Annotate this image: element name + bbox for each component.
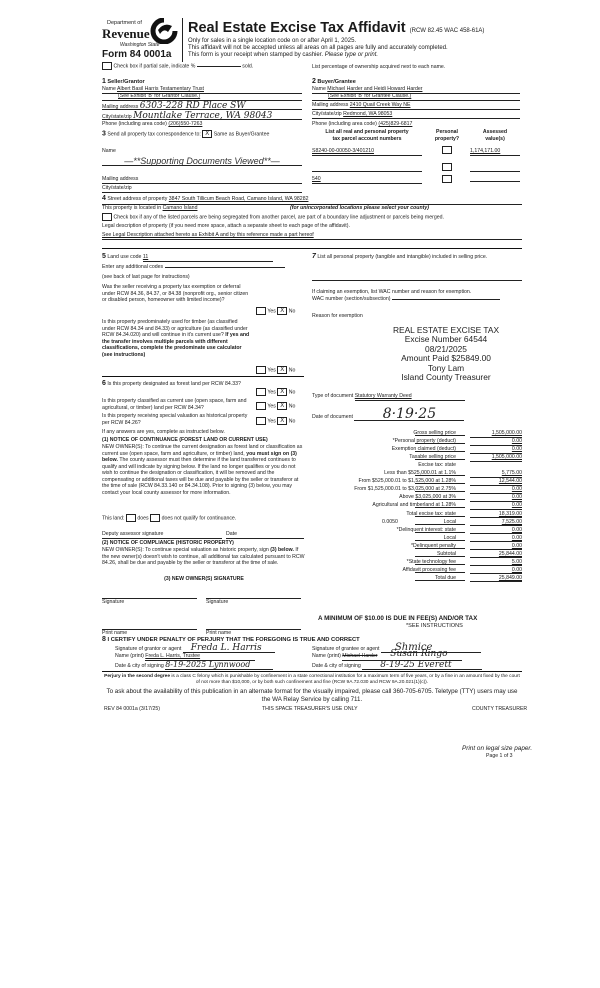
ownership-note: List percentage of ownership acquired ne…	[312, 64, 445, 71]
does-not-label: does not qualify for continuance.	[162, 515, 237, 521]
current-use-yes-no: Yes X No	[256, 402, 295, 410]
tax-row: *Delinquent interest: state0.00	[312, 527, 522, 535]
no-label: No	[289, 389, 296, 395]
tax-row-line	[415, 575, 465, 581]
tax-row-line	[415, 543, 465, 549]
doc-date-field[interactable]: 8·19·25	[354, 408, 464, 421]
seller-clause: (See Exhibit 'B' for Grantor Clause.)	[102, 93, 302, 101]
tax-row-value[interactable]: 5,775.00	[470, 470, 522, 478]
owner1-signature-field[interactable]: Signature	[102, 598, 197, 606]
perjury-bold: Perjury in the second degree	[104, 674, 170, 679]
grantor-date-city[interactable]: 8-19-2025 Lynnwood	[165, 661, 273, 670]
tax-row-value[interactable]: 5.00	[470, 559, 522, 567]
correspondence-label: Send all property tax correspondence to:	[107, 131, 200, 137]
tax-row: Local0.00507,525.00	[312, 519, 522, 527]
timber-yes-no: Yes X No	[256, 366, 295, 374]
tax-row-value[interactable]: 12,544.00	[470, 478, 522, 486]
personal-property-checkbox-2[interactable]	[442, 163, 452, 171]
section-number: 7	[312, 253, 316, 260]
label: Signature of grantee or agent	[312, 646, 380, 652]
continuance-row: This land: does does not qualify for con…	[102, 514, 236, 522]
perjury-text: is a class C felony which is punishable …	[171, 674, 519, 685]
label: Type of document	[312, 393, 353, 399]
historic-yes-no: Yes X No	[256, 417, 295, 425]
located-row: This property is located in Camano Islan…	[102, 205, 429, 212]
tax-row: Subtotal25,844.00	[312, 551, 522, 559]
label: Name (print)	[312, 653, 341, 659]
legal-desc: See Legal Description attached hereto as…	[102, 232, 314, 238]
forest-question-text: Is this property designated as forest la…	[107, 381, 241, 387]
does-qualify-checkbox[interactable]	[126, 514, 136, 522]
does-not-qualify-checkbox[interactable]	[150, 514, 160, 522]
same-as-buyer-label: Same as Buyer/Grantee	[214, 131, 270, 137]
land-use-code-field[interactable]: 11	[143, 254, 273, 262]
section-number: 4	[102, 195, 106, 202]
tax-row-value[interactable]: 0.00	[470, 527, 522, 535]
seller-city: Mountlake Terrace, WA 98043	[133, 111, 272, 121]
buyer-city: Redmond, WA 98053	[343, 111, 392, 117]
header-divider	[182, 18, 183, 62]
segregated-row: Check box if any of the listed parcels a…	[102, 213, 444, 221]
tax-row-line	[415, 494, 465, 500]
buyer-name: Michael Harder and Heidi Howard Harder	[327, 86, 422, 92]
tax-row-line	[415, 527, 465, 533]
section-number: 2	[312, 78, 316, 85]
corr-name-label: Name	[102, 148, 116, 155]
label: Phone (including area code)	[312, 121, 377, 127]
tax-row: *Personal property (deduct)0.00	[312, 438, 522, 446]
tax-row-value[interactable]: 7,525.00	[470, 519, 522, 527]
tax-row-value[interactable]: 0.00	[470, 494, 522, 502]
seller-phone: (206)550-7263	[168, 121, 202, 127]
forest-question: 6 Is this property designated as forest …	[102, 380, 252, 389]
subtitle-3: This form is your receipt when stamped b…	[188, 52, 378, 60]
tax-row: *Delinquent penalty0.00	[312, 543, 522, 551]
perjury-notice: Perjury in the second degree is a class …	[104, 674, 520, 686]
tax-row: Taxable selling price1,505,000.00	[312, 454, 522, 462]
section-number: 3	[102, 130, 106, 137]
tax-row-line	[415, 470, 465, 476]
exemption-no-checkbox[interactable]: X	[277, 307, 287, 315]
forest-no-checkbox[interactable]: X	[277, 388, 287, 396]
parcel-number-1[interactable]: S8240-00-00050-3/401210	[312, 148, 422, 156]
tax-row-line	[415, 486, 465, 492]
exemption-label: If claiming an exemption, list WAC numbe…	[312, 289, 522, 296]
label: Mailing address	[102, 104, 138, 110]
grantee-name-handwritten: Susan Ringo	[390, 649, 447, 660]
new-owner-sig-heading: (3) NEW OWNER(S) SIGNATURE	[102, 576, 306, 583]
tax-row-value[interactable]: 0.00	[470, 502, 522, 510]
partial-sale-suffix: sold.	[242, 63, 253, 69]
grantor-sig-row: Signature of grantor or agent Freda L. H…	[115, 644, 275, 653]
page-title: Real Estate Excise Tax Affidavit (RCW 82…	[188, 19, 484, 37]
partial-sale-label: Check box if partial sale, indicate %	[113, 63, 195, 69]
doc-date-row: Date of document 8·19·25	[312, 408, 464, 421]
notice2-body: NEW OWNER(S): To continue special valuat…	[102, 547, 306, 567]
historic-no-checkbox[interactable]: X	[277, 417, 287, 425]
label: Name	[312, 86, 326, 92]
legal-paper-note: Print on legal size paper.	[462, 745, 532, 753]
section-title: Buyer/Grantee	[317, 79, 356, 85]
tax-row-line	[415, 551, 465, 557]
historic-yes-checkbox[interactable]	[256, 417, 266, 425]
current-use-yes-checkbox[interactable]	[256, 402, 266, 410]
see-instructions: *SEE INSTRUCTIONS	[406, 623, 463, 630]
parcel-number-2[interactable]	[312, 166, 422, 172]
forest-yes-checkbox[interactable]	[256, 388, 266, 396]
yes-label: Yes	[267, 367, 275, 373]
label: Name (print)	[115, 653, 144, 659]
tax-row-value[interactable]: 25,844.00	[470, 551, 522, 559]
grantee-date-city[interactable]: 8-19-25 Everett	[362, 661, 482, 670]
personal-col-header: Personalproperty?	[430, 129, 464, 142]
seller-mailing: 6303-228 RD Place SW	[140, 101, 246, 111]
tax-row: Exemption claimed (deduct)0.00	[312, 446, 522, 454]
label: Date & city of signing	[115, 663, 164, 669]
legal-desc-label: Legal description of property (if you ne…	[102, 223, 350, 230]
corr-mailing-field[interactable]: Mailing address	[102, 176, 302, 184]
buyer-mailing-field[interactable]: Mailing address 2410 Quail Creek Way NE	[312, 102, 520, 110]
doc-type-field[interactable]: Statutory Warranty Deed	[355, 393, 465, 401]
located-in-select[interactable]: Camano Island	[163, 205, 289, 212]
exemption-yes-checkbox[interactable]	[256, 307, 266, 315]
yes-label: Yes	[267, 389, 275, 395]
notice1-text-2: The county assessor must then determine …	[102, 457, 298, 496]
segregated-label: Check box if any of the listed parcels a…	[113, 214, 443, 220]
current-use-question: Is this property classified as current u…	[102, 398, 252, 411]
buyer-clause: (See Exhibit 'B' for Grantee Clause.)	[312, 93, 520, 101]
if-yes-note: If any answers are yes, complete as inst…	[102, 429, 225, 436]
personal-property-checkbox-1[interactable]	[442, 146, 452, 154]
revenue-logo-text: Revenue	[102, 26, 150, 42]
notice1-body: NEW OWNER(S): To continue the current de…	[102, 444, 306, 496]
label: Signature of grantor or agent	[115, 646, 181, 652]
land-use-row: 5 Land use code 11	[102, 253, 273, 262]
label: WAC number (section/subsection)	[312, 296, 391, 302]
partial-sale-checkbox[interactable]	[102, 62, 112, 70]
assessed-col-header: Assessedvalue(s)	[470, 129, 520, 142]
tax-row: Gross selling price1,505,000.00	[312, 430, 522, 438]
seller-clause-text: (See Exhibit 'B' for Grantor Clause.)	[118, 93, 200, 99]
title-text: Real Estate Excise Tax Affidavit	[188, 20, 406, 36]
historic-question: Is this property receiving special valua…	[102, 413, 252, 426]
divider	[102, 671, 522, 672]
notice1-title: (1) NOTICE OF CONTINUANCE (FOREST LAND O…	[102, 437, 268, 444]
tax-row-line	[415, 511, 465, 517]
seller-city-field[interactable]: City/state/zip Mountlake Terrace, WA 980…	[102, 111, 302, 120]
supporting-docs-stamp: —**Supporting Documents Viewed**—	[102, 156, 302, 166]
label: Street address of property	[107, 196, 167, 202]
tax-row: Local0.00	[312, 535, 522, 543]
tax-row-value[interactable]: 0.00	[470, 438, 522, 446]
segregated-checkbox[interactable]	[102, 213, 112, 221]
tax-row: Above $3,025,000 at 3%0.00	[312, 494, 522, 502]
deputy-signature-field[interactable]: Deputy assessor signature	[102, 531, 222, 539]
tax-row-line	[415, 535, 465, 541]
personal-property-label: 7 List all personal property (tangible a…	[312, 253, 512, 262]
label: City/state/zip	[312, 111, 342, 117]
additional-codes-row: Enter any additional codes	[102, 264, 285, 271]
street-address-field[interactable]: 4 Street address of property 3847 South …	[102, 195, 522, 205]
label: This property is located in	[102, 205, 161, 211]
tax-row-line	[415, 567, 465, 573]
yes-label: Yes	[267, 418, 275, 424]
tax-row-value[interactable]: 1,505,000.00	[470, 454, 522, 462]
tax-row-line	[415, 502, 465, 508]
assessed-value-1[interactable]: 1,174,171.00	[470, 148, 520, 156]
subtitle-3-text: This form is your receipt when stamped b…	[188, 52, 323, 58]
label: Date & city of signing	[312, 663, 361, 669]
label: Name	[102, 86, 116, 92]
tax-row-line	[415, 446, 465, 452]
no-label: No	[289, 367, 296, 373]
does-label: does	[137, 515, 148, 521]
reason-label: Reason for exemption	[312, 313, 363, 320]
tax-row: From $1,525,000.01 to $3,025,000 at 2.75…	[312, 486, 522, 494]
no-label: No	[289, 403, 296, 409]
no-label: No	[289, 418, 296, 424]
tax-row-line	[415, 430, 465, 436]
see-back: (see back of last page for instructions)	[102, 274, 190, 281]
tax-row-line	[415, 478, 465, 484]
alt-format-notice: To ask about the availability of this pu…	[104, 688, 520, 704]
citation: (RCW 82.45 WAC 458-61A)	[410, 28, 485, 34]
revenue-logo-icon	[150, 18, 178, 44]
tax-row: *State technology fee5.00	[312, 559, 522, 567]
section-title: Seller/Grantor	[107, 79, 144, 85]
assessed-value-2[interactable]	[470, 166, 520, 172]
corr-city-field[interactable]: City/state/zip	[102, 185, 302, 193]
revision: REV 84 0001a (3/17/25)	[104, 706, 160, 713]
street-address: 3847 South Tillicum Beach Road, Camano I…	[169, 196, 309, 202]
header-line: property?	[430, 136, 464, 143]
no-label: No	[289, 308, 296, 314]
tax-row: Excise tax: state	[312, 462, 522, 470]
parcel-number-3[interactable]: 540	[312, 176, 422, 184]
parcel-col-header: List all real and personal propertytax p…	[312, 129, 422, 142]
label: Date of document	[312, 414, 353, 420]
tax-row: From $525,000.01 to $1,525,000 at 1.28%1…	[312, 478, 522, 486]
label: Phone (including area code)	[102, 121, 167, 127]
tax-row: Total due25,849.00	[312, 575, 522, 583]
buyer-clause-text: (See Exhibit 'B' for Grantee Clause.)	[328, 93, 411, 99]
buyer-city-field[interactable]: City/state/zip Redmond, WA 98053	[312, 111, 520, 119]
buyer-phone: (425)829-6817	[378, 121, 412, 127]
label-text: List all personal property (tangible and…	[317, 254, 487, 260]
buyer-mailing: 2410 Quail Creek Way NE	[350, 102, 411, 108]
owner2-signature-field[interactable]: Signature	[206, 598, 301, 606]
section-number: 6	[102, 380, 106, 387]
label: This land:	[102, 515, 125, 521]
section-number: 1	[102, 78, 106, 85]
exemption-yes-no: Yes X No	[256, 307, 295, 315]
wac-row: WAC number (section/subsection)	[312, 296, 500, 303]
header-line: tax parcel account numbers	[312, 136, 422, 143]
form-number: Form 84 0001a	[102, 49, 172, 62]
page-number: Page 1 of 3	[486, 753, 513, 760]
current-use-no-checkbox[interactable]: X	[277, 402, 287, 410]
section-number: 8	[102, 636, 106, 643]
treasurer-use: THIS SPACE TREASURER'S USE ONLY	[262, 706, 358, 713]
seller-phone-field[interactable]: Phone (including area code) (206)550-726…	[102, 121, 202, 128]
grantor-signature[interactable]: Freda L. Harris	[183, 644, 275, 653]
personal-property-checkbox-3[interactable]	[442, 175, 452, 183]
deputy-date-field[interactable]: Date	[226, 531, 304, 539]
minimum-notice: A MINIMUM OF $10.00 IS DUE IN FEE(S) AND…	[318, 615, 477, 623]
header-line: value(s)	[470, 136, 520, 143]
doc-type-row: Type of document Statutory Warranty Deed	[312, 393, 465, 401]
tax-row-value[interactable]: 0.00	[470, 446, 522, 454]
yes-label: Yes	[267, 308, 275, 314]
timber-question: Is this property predominately used for …	[102, 319, 252, 358]
forest-yes-no: Yes X No	[256, 388, 295, 396]
header-line: List all real and personal property	[312, 129, 422, 136]
tax-row-value[interactable]: 0.00	[470, 543, 522, 551]
divider	[102, 376, 304, 377]
county-treasurer: COUNTY TREASURER	[472, 706, 527, 713]
partial-sale-percent-field[interactable]	[197, 66, 241, 67]
grantee-date-row: Date & city of signing 8-19-25 Everett	[312, 661, 482, 670]
subtitle-3-italic: Please type or print.	[325, 52, 378, 58]
located-note: (for unincorporated locations please sel…	[290, 205, 429, 211]
tax-row-label: Excise tax: state	[418, 462, 456, 469]
notice2-bold: (3) below.	[270, 547, 294, 553]
grantee-name-struck: Michael Harder	[342, 653, 377, 659]
same-as-buyer-checkbox[interactable]: X	[202, 130, 212, 138]
seller-mailing-field[interactable]: Mailing address 6303-228 RD Place SW	[102, 101, 302, 110]
notice2-title: (2) NOTICE OF COMPLIANCE (HISTORIC PROPE…	[102, 540, 234, 547]
timber-no-checkbox[interactable]: X	[277, 366, 287, 374]
label: Land use code	[107, 254, 141, 260]
exemption-question: Was the seller receiving a property tax …	[102, 284, 252, 304]
grantor-date-row: Date & city of signing 8-19-2025 Lynnwoo…	[115, 661, 273, 670]
tax-row: Affidavit processing fee0.00	[312, 567, 522, 575]
correspondence-row: 3 Send all property tax correspondence t…	[102, 130, 269, 139]
tax-row-value[interactable]: 1,505,000.00	[470, 430, 522, 438]
tax-row-line	[415, 454, 465, 460]
tax-row: Less than $525,000.01 at 1.1%5,775.00	[312, 470, 522, 478]
tax-row-line	[415, 559, 465, 565]
yes-label: Yes	[267, 403, 275, 409]
additional-codes-field[interactable]	[165, 267, 285, 268]
wac-number-field[interactable]	[392, 299, 500, 300]
tax-row-value[interactable]: 18,319.00	[470, 511, 522, 519]
legal-desc-field[interactable]: See Legal Description attached hereto as…	[102, 232, 522, 240]
seller-name: Albert Basil Harris Testamentary Trust	[117, 86, 204, 92]
tax-row-value[interactable]: 0.00	[470, 567, 522, 575]
assessed-value-3[interactable]	[470, 176, 520, 182]
tax-row: Total excise tax: state18,319.00	[312, 511, 522, 519]
personal-property-field[interactable]	[312, 280, 522, 281]
tax-row: Agricultural and timberland at 1.28%0.00	[312, 502, 522, 510]
tax-row-value[interactable]: 25,849.00	[470, 575, 522, 583]
partial-sale-row: Check box if partial sale, indicate % so…	[102, 62, 253, 70]
section-number: 5	[102, 253, 106, 260]
tax-row-value[interactable]: 0.00	[470, 486, 522, 494]
notice2-text: NEW OWNER(S): To continue special valuat…	[102, 547, 269, 553]
local-rate: 0.0050	[382, 519, 398, 526]
buyer-phone-field[interactable]: Phone (including area code) (425)829-681…	[312, 121, 412, 128]
label: City/state/zip	[102, 114, 132, 120]
label: Enter any additional codes	[102, 264, 163, 270]
tax-row-line	[415, 519, 465, 525]
timber-yes-checkbox[interactable]	[256, 366, 266, 374]
stamp-treasurer-title: Island County Treasurer	[366, 373, 526, 382]
divider	[102, 248, 522, 249]
label: Mailing address	[312, 102, 348, 108]
treasurer-stamp: REAL ESTATE EXCISE TAX Excise Number 645…	[366, 326, 526, 382]
tax-row-line	[415, 438, 465, 444]
tax-row-value[interactable]: 0.00	[470, 535, 522, 543]
tax-calculation-table: Gross selling price1,505,000.00*Personal…	[312, 430, 522, 600]
